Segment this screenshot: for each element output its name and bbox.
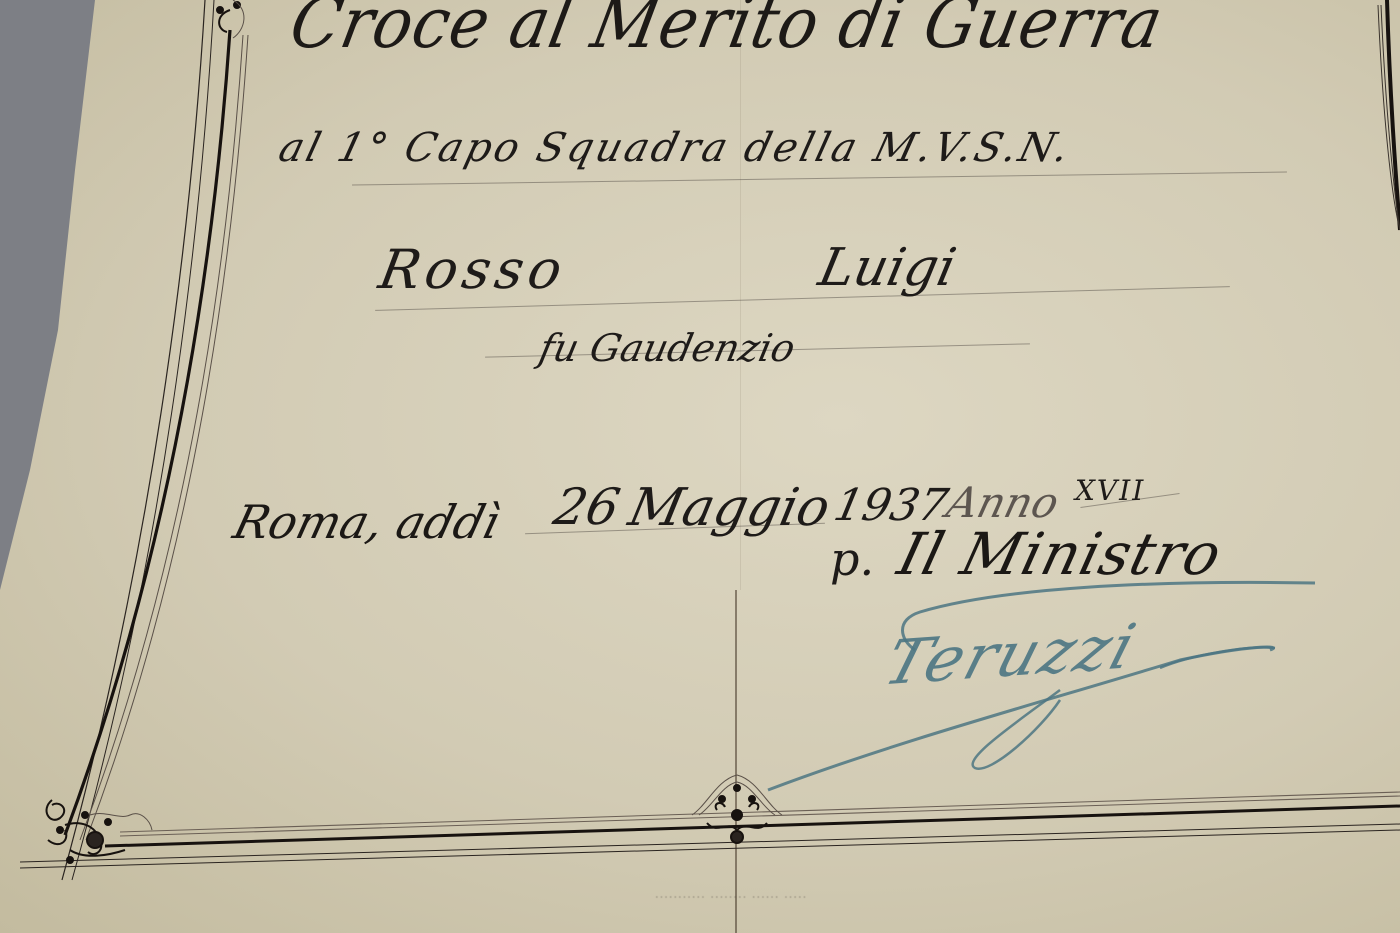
recipient-given-name: Luigi xyxy=(814,238,961,298)
place-label: Roma, addì xyxy=(228,495,505,549)
date-day: 26 xyxy=(549,478,625,536)
per-prefix: p. xyxy=(830,532,874,586)
date-month: Maggio xyxy=(624,478,836,538)
printer-mark: ··········· ········ ······ ····· xyxy=(655,894,807,901)
recipient-father: fu Gaudenzio xyxy=(535,326,799,370)
certificate-title: Croce al Merito di Guerra xyxy=(284,0,1220,64)
minister-title: Il Ministro xyxy=(892,520,1229,588)
anno-roman-numeral: XVII xyxy=(1075,474,1145,507)
recipient-surname: Rosso xyxy=(374,238,571,301)
recipient-rank: al 1° Capo Squadra della M.V.S.N. xyxy=(274,125,1076,171)
center-ornament xyxy=(692,775,782,843)
